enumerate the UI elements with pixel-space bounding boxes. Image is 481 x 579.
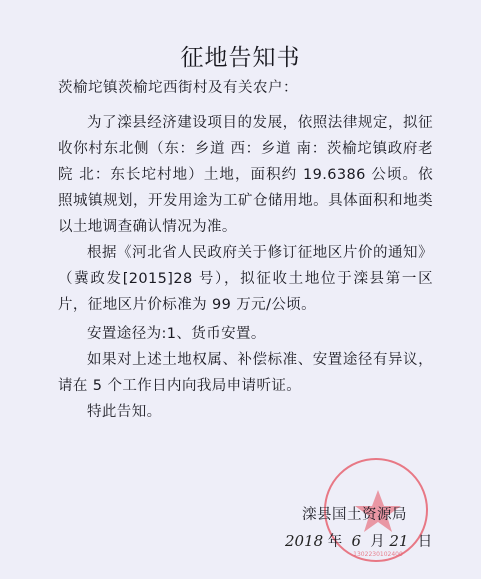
- paragraph-hearing: 如果对上述土地权属、补偿标准、安置途径有异议，请在 5 个工作日内向我局申请听证…: [58, 347, 433, 399]
- date-month: 6: [352, 532, 362, 550]
- notice-document: 征地告知书 茨榆坨镇茨榆坨西街村及有关农户： 为了滦县经济建设项目的发展，依照法…: [0, 0, 481, 579]
- svg-text:1302230102400: 1302230102400: [353, 551, 403, 558]
- issue-date: 2018 年 6 月 21 日: [285, 530, 432, 551]
- date-year: 2018: [285, 532, 323, 550]
- date-month-label: 月: [370, 534, 385, 550]
- date-year-label: 年: [328, 534, 343, 550]
- date-day-label: 日: [418, 534, 433, 550]
- issuing-authority: 滦县国土资源局: [302, 503, 407, 524]
- paragraph-resettlement: 安置途径为:1、货币安置。: [58, 321, 433, 347]
- date-day: 21: [389, 532, 408, 550]
- paragraph-compensation-standard: 根据《河北省人民政府关于修订征地区片价的通知》（冀政发[2015]28 号），拟…: [58, 240, 433, 318]
- salutation: 茨榆坨镇茨榆坨西街村及有关农户：: [58, 76, 298, 97]
- paragraph-land-acquisition: 为了滦县经济建设项目的发展，依照法律规定，拟征收你村东北侧（东：乡道 西：乡道 …: [58, 110, 433, 240]
- paragraph-closing: 特此告知。: [58, 399, 433, 425]
- document-title: 征地告知书: [0, 39, 481, 72]
